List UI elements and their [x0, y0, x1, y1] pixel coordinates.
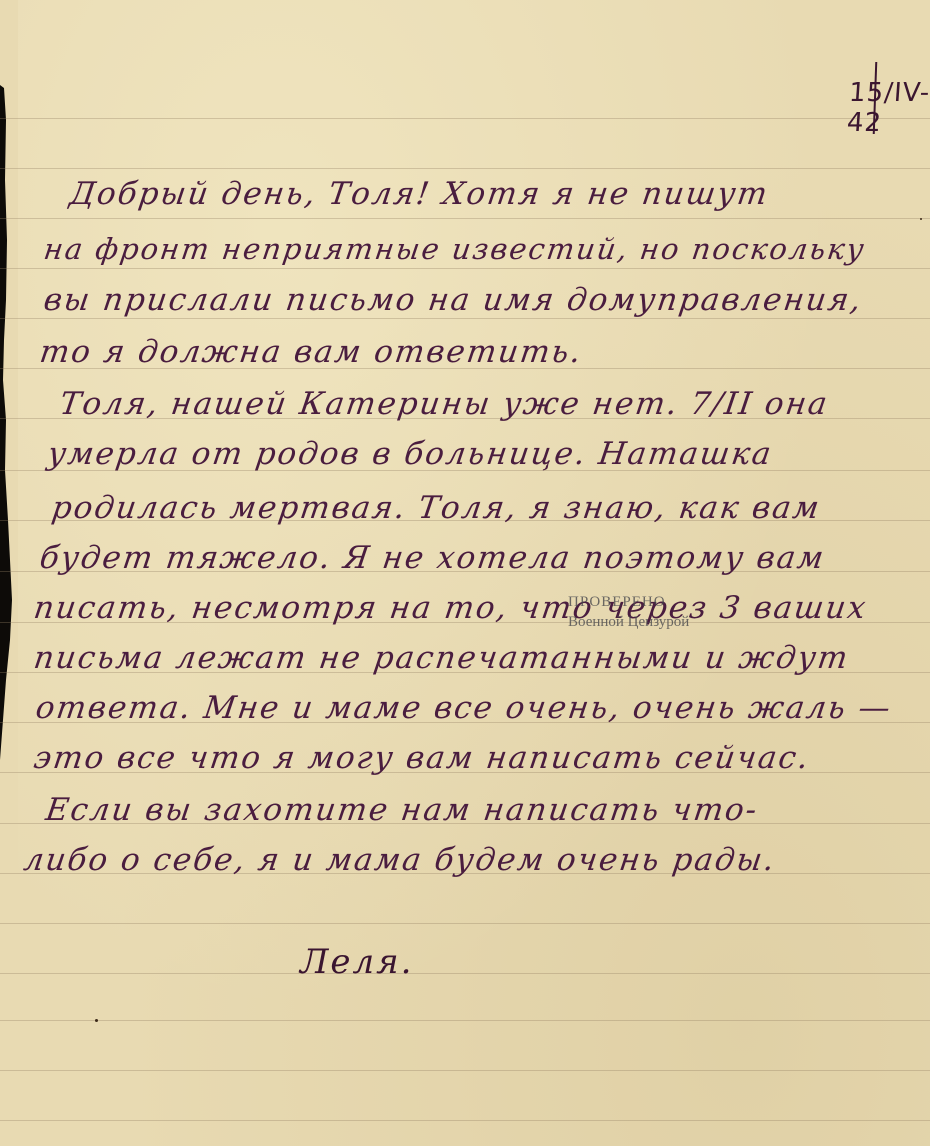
letter-line-6: умерла от родов в больнице. Наташка	[45, 436, 775, 472]
letter-paper: 15/IV-42 Добрый день, Толя! Хотя я не пи…	[0, 0, 930, 1146]
letter-line-2: на фронт неприятные известий, но посколь…	[42, 232, 868, 266]
ruled-line	[0, 118, 930, 119]
ruled-line	[0, 218, 930, 219]
letter-line-13: Если вы захотите нам написать что-	[43, 792, 760, 828]
ruled-line	[0, 1020, 930, 1021]
letter-date: 15/IV-42	[846, 78, 930, 138]
ruled-line	[0, 318, 930, 319]
letter-line-9: писать, несмотря на то, что через 3 ваши…	[31, 590, 869, 626]
ruled-line	[0, 168, 930, 169]
ruled-line	[0, 1070, 930, 1071]
letter-line-8: будет тяжело. Я не хотела поэтому вам	[37, 540, 827, 576]
ruled-line	[0, 268, 930, 269]
letter-line-11: ответа. Мне и маме все очень, очень жаль…	[33, 690, 894, 726]
letter-line-12: это все что я могу вам написать сейчас.	[31, 740, 812, 776]
letter-line-10: письма лежат не распечатанными и ждут	[31, 640, 851, 676]
letter-line-1: Добрый день, Толя! Хотя я не пишут	[67, 176, 771, 212]
letter-line-14: либо о себе, я и мама будем очень рады.	[21, 842, 778, 878]
paper-speck	[95, 1019, 98, 1022]
torn-left-edge	[0, 0, 18, 1146]
letter-line-5: Толя, нашей Катерины уже нет. 7/II она	[57, 386, 831, 422]
paper-speck	[920, 218, 922, 220]
letter-line-4: то я должна вам ответить.	[37, 334, 584, 370]
ruled-line	[0, 1120, 930, 1121]
ruled-line	[0, 923, 930, 924]
letter-line-3: вы прислали письмо на имя домуправления,	[41, 282, 864, 318]
letter-line-7: родилась мертвая. Толя, я знаю, как вам	[49, 490, 823, 526]
signature: Леля.	[300, 942, 413, 982]
ruled-line	[0, 973, 930, 974]
